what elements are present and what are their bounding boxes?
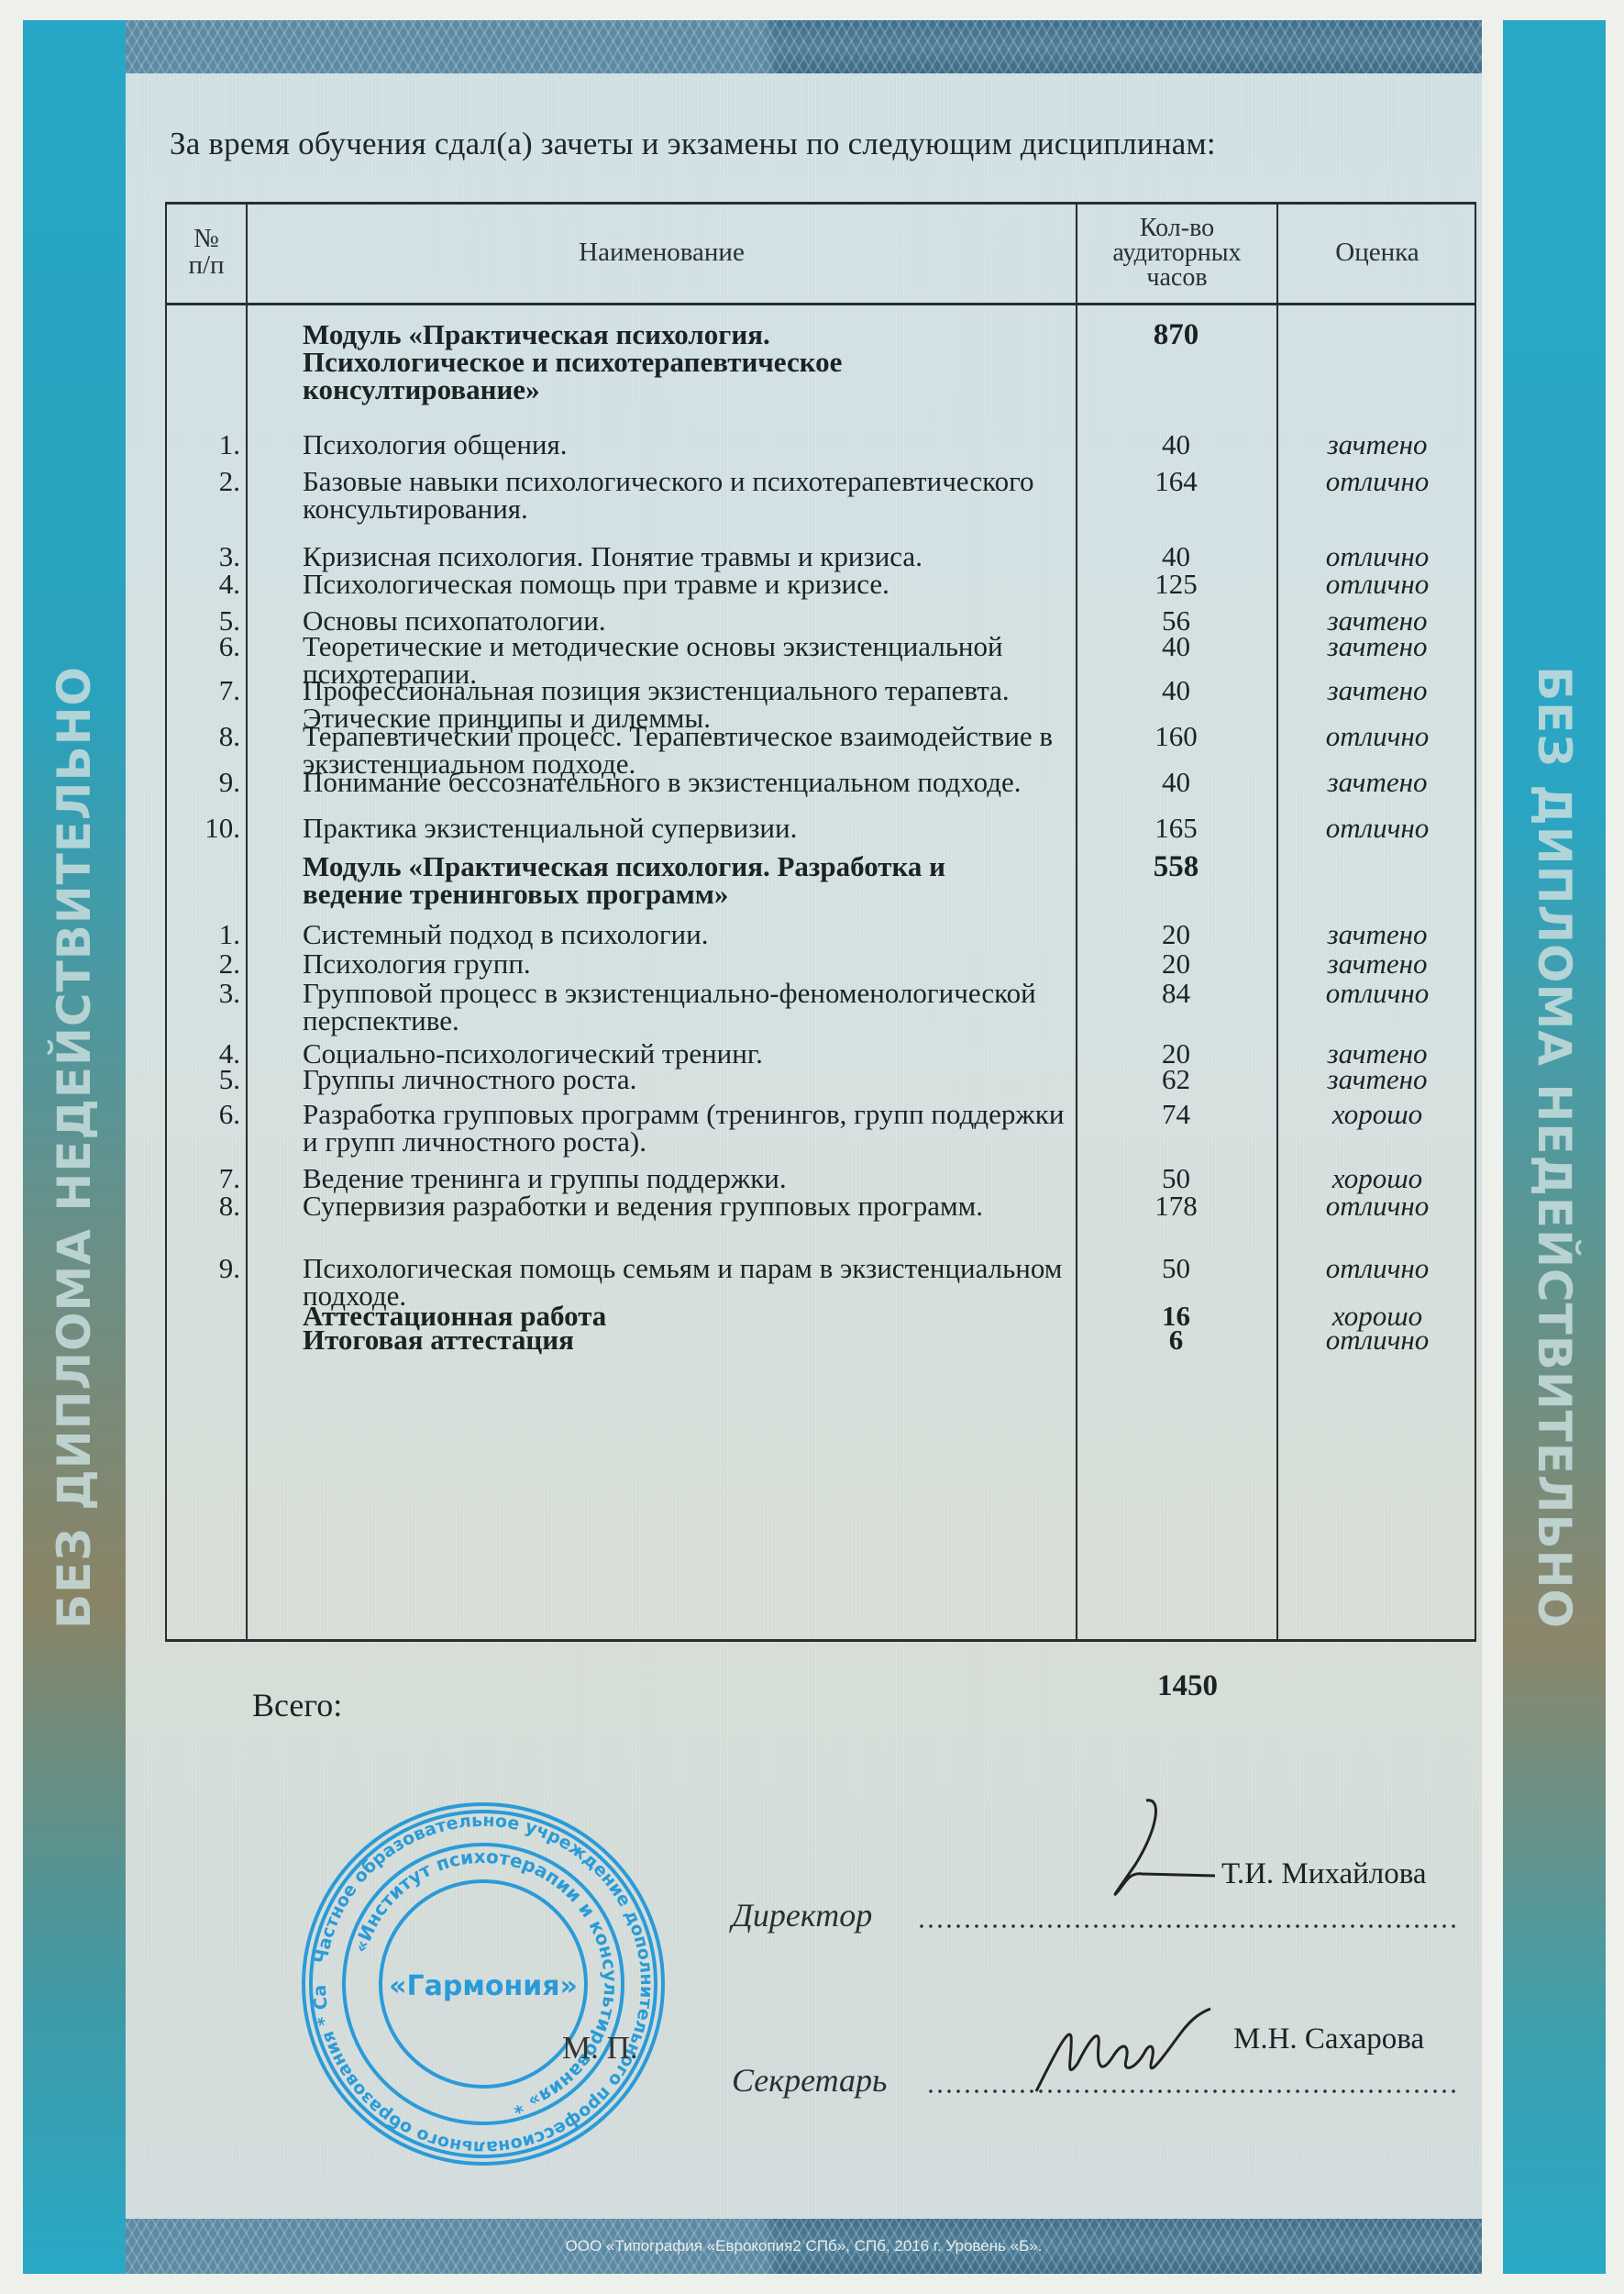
column-header-name: Наименование [248, 202, 1076, 303]
row-number: 8. [165, 1192, 240, 1220]
grade-value: зачтено [1278, 950, 1476, 978]
secretary-label: Секретарь [732, 2061, 887, 2100]
hours-value: 164 [1077, 468, 1275, 495]
discipline-name: Практика экзистенциальной супервизии. [303, 815, 1073, 842]
seal-icon: Частное образовательное учреждение допол… [300, 1801, 667, 2167]
printer-imprint: ООО «Типография «Еврокопия2 СПб», СПб, 2… [126, 2237, 1482, 2255]
grade-value: зачтено [1278, 677, 1476, 704]
column-divider [246, 202, 248, 1642]
hours-value: 558 [1077, 853, 1275, 881]
hours-value: 62 [1077, 1066, 1275, 1093]
discipline-name: Супервизия разработки и ведения групповы… [303, 1192, 1073, 1220]
row-number: 9. [165, 1255, 240, 1282]
official-seal-stamp: Частное образовательное учреждение допол… [300, 1801, 667, 2167]
total-hours-value: 1450 [1132, 1669, 1243, 1703]
grade-value: хорошо [1278, 1101, 1476, 1128]
watermark-text-right: БЕЗ ДИПЛОМА НЕДЕЙСТВИТЕЛЬНО [1528, 666, 1581, 1629]
column-header-number-label: № п/п [183, 226, 229, 279]
row-number: 7. [165, 677, 240, 704]
grade-value: отлично [1278, 815, 1476, 842]
grade-value: зачтено [1278, 921, 1476, 948]
row-number: 8. [165, 723, 240, 750]
right-security-band: БЕЗ ДИПЛОМА НЕДЕЙСТВИТЕЛЬНО [1503, 20, 1606, 2274]
bottom-guilloche-band: ООО «Типография «Еврокопия2 СПб», СПб, 2… [126, 2219, 1482, 2274]
discipline-name: Разработка групповых программ (тренингов… [303, 1101, 1073, 1156]
column-header-hours: Кол-во аудиторных часов [1077, 202, 1276, 303]
row-number: 1. [165, 431, 240, 459]
secretary-signature-icon [1027, 2000, 1238, 2110]
row-number: 9. [165, 769, 240, 796]
hours-value: 74 [1077, 1101, 1275, 1128]
grade-value: отлично [1278, 723, 1476, 750]
row-number: 2. [165, 468, 240, 495]
hours-value: 84 [1077, 980, 1275, 1007]
secretary-role: Секретарь [732, 2062, 887, 2099]
discipline-name: Базовые навыки психологического и психот… [303, 468, 1073, 523]
hours-value: 178 [1077, 1192, 1275, 1220]
hours-value: 6 [1077, 1326, 1275, 1354]
discipline-name: Ведение тренинга и группы поддержки. [303, 1165, 1073, 1192]
svg-text:«Гармония»: «Гармония» [389, 1970, 578, 2002]
grade-value: отлично [1278, 468, 1476, 495]
row-number: 2. [165, 950, 240, 978]
row-number: 6. [165, 633, 240, 660]
hours-value: 40 [1077, 543, 1275, 571]
discipline-name: Итоговая аттестация [303, 1326, 1073, 1354]
discipline-name: Групповой процесс в экзистенциально-фено… [303, 980, 1073, 1035]
grade-value: отлично [1278, 1326, 1476, 1354]
row-number: 3. [165, 543, 240, 571]
grade-value: отлично [1278, 571, 1476, 598]
row-number: 5. [165, 1066, 240, 1093]
discipline-name: Системный подход в психологии. [303, 921, 1073, 948]
table-border-bottom [165, 1639, 1476, 1642]
director-signature-line [917, 1924, 1458, 1928]
row-number: 3. [165, 980, 240, 1007]
row-number: 6. [165, 1101, 240, 1128]
hours-value: 40 [1077, 633, 1275, 660]
grade-value: отлично [1278, 980, 1476, 1007]
grade-value: зачтено [1278, 1066, 1476, 1093]
hours-value: 50 [1077, 1255, 1275, 1282]
row-number: 1. [165, 921, 240, 948]
column-header-grade: Оценка [1278, 202, 1476, 303]
grade-value: отлично [1278, 1192, 1476, 1220]
discipline-name: Модуль «Практическая психология. Психоло… [303, 321, 963, 404]
discipline-name: Группы личностного роста. [303, 1066, 1073, 1093]
grade-value: зачтено [1278, 431, 1476, 459]
grade-value: зачтено [1278, 769, 1476, 796]
secretary-signature-line [926, 2089, 1458, 2093]
grades-table: № п/п Наименование Кол-во аудиторных час… [165, 202, 1476, 1642]
discipline-name: Модуль «Практическая психология. Разрабо… [303, 853, 963, 908]
column-header-number: № п/п [167, 202, 246, 303]
discipline-name: Психологическая помощь при травме и криз… [303, 571, 1073, 598]
hours-value: 125 [1077, 571, 1275, 598]
top-guilloche-band [126, 20, 1482, 73]
total-label: Всего: [252, 1686, 342, 1724]
discipline-name: Понимание бессознательного в экзистенциа… [303, 769, 1073, 796]
grade-value: отлично [1278, 1255, 1476, 1282]
grade-value: хорошо [1278, 1165, 1476, 1192]
row-number: 4. [165, 571, 240, 598]
row-number: 7. [165, 1165, 240, 1192]
discipline-name: Кризисная психология. Понятие травмы и к… [303, 543, 1073, 571]
discipline-name: Психология общения. [303, 431, 1073, 459]
column-header-hours-label: Кол-во аудиторных часов [1095, 216, 1260, 290]
left-security-band: БЕЗ ДИПЛОМА НЕДЕЙСТВИТЕЛЬНО [23, 20, 126, 2274]
director-name: Т.И. Михайлова [1221, 1857, 1427, 1891]
hours-value: 160 [1077, 723, 1275, 750]
hours-value: 50 [1077, 1165, 1275, 1192]
seal-placement-mark: М. П. [562, 2030, 638, 2067]
director-role: Директор [732, 1897, 872, 1934]
table-header-divider [165, 303, 1476, 305]
hours-value: 165 [1077, 815, 1275, 842]
director-label: Директор [732, 1896, 872, 1934]
hours-value: 40 [1077, 769, 1275, 796]
row-number: 10. [165, 815, 240, 842]
grade-value: зачтено [1278, 633, 1476, 660]
discipline-name: Психология групп. [303, 950, 1073, 978]
director-signature-icon [1055, 1793, 1238, 1912]
watermark-text-left: БЕЗ ДИПЛОМА НЕДЕЙСТВИТЕЛЬНО [48, 666, 101, 1629]
hours-value: 870 [1077, 321, 1275, 349]
hours-value: 20 [1077, 950, 1275, 978]
document-heading: За время обучения сдал(а) зачеты и экзам… [170, 126, 1216, 162]
hours-value: 40 [1077, 677, 1275, 704]
hours-value: 40 [1077, 431, 1275, 459]
secretary-name: М.Н. Сахарова [1233, 2022, 1424, 2056]
hours-value: 20 [1077, 921, 1275, 948]
grade-value: отлично [1278, 543, 1476, 571]
